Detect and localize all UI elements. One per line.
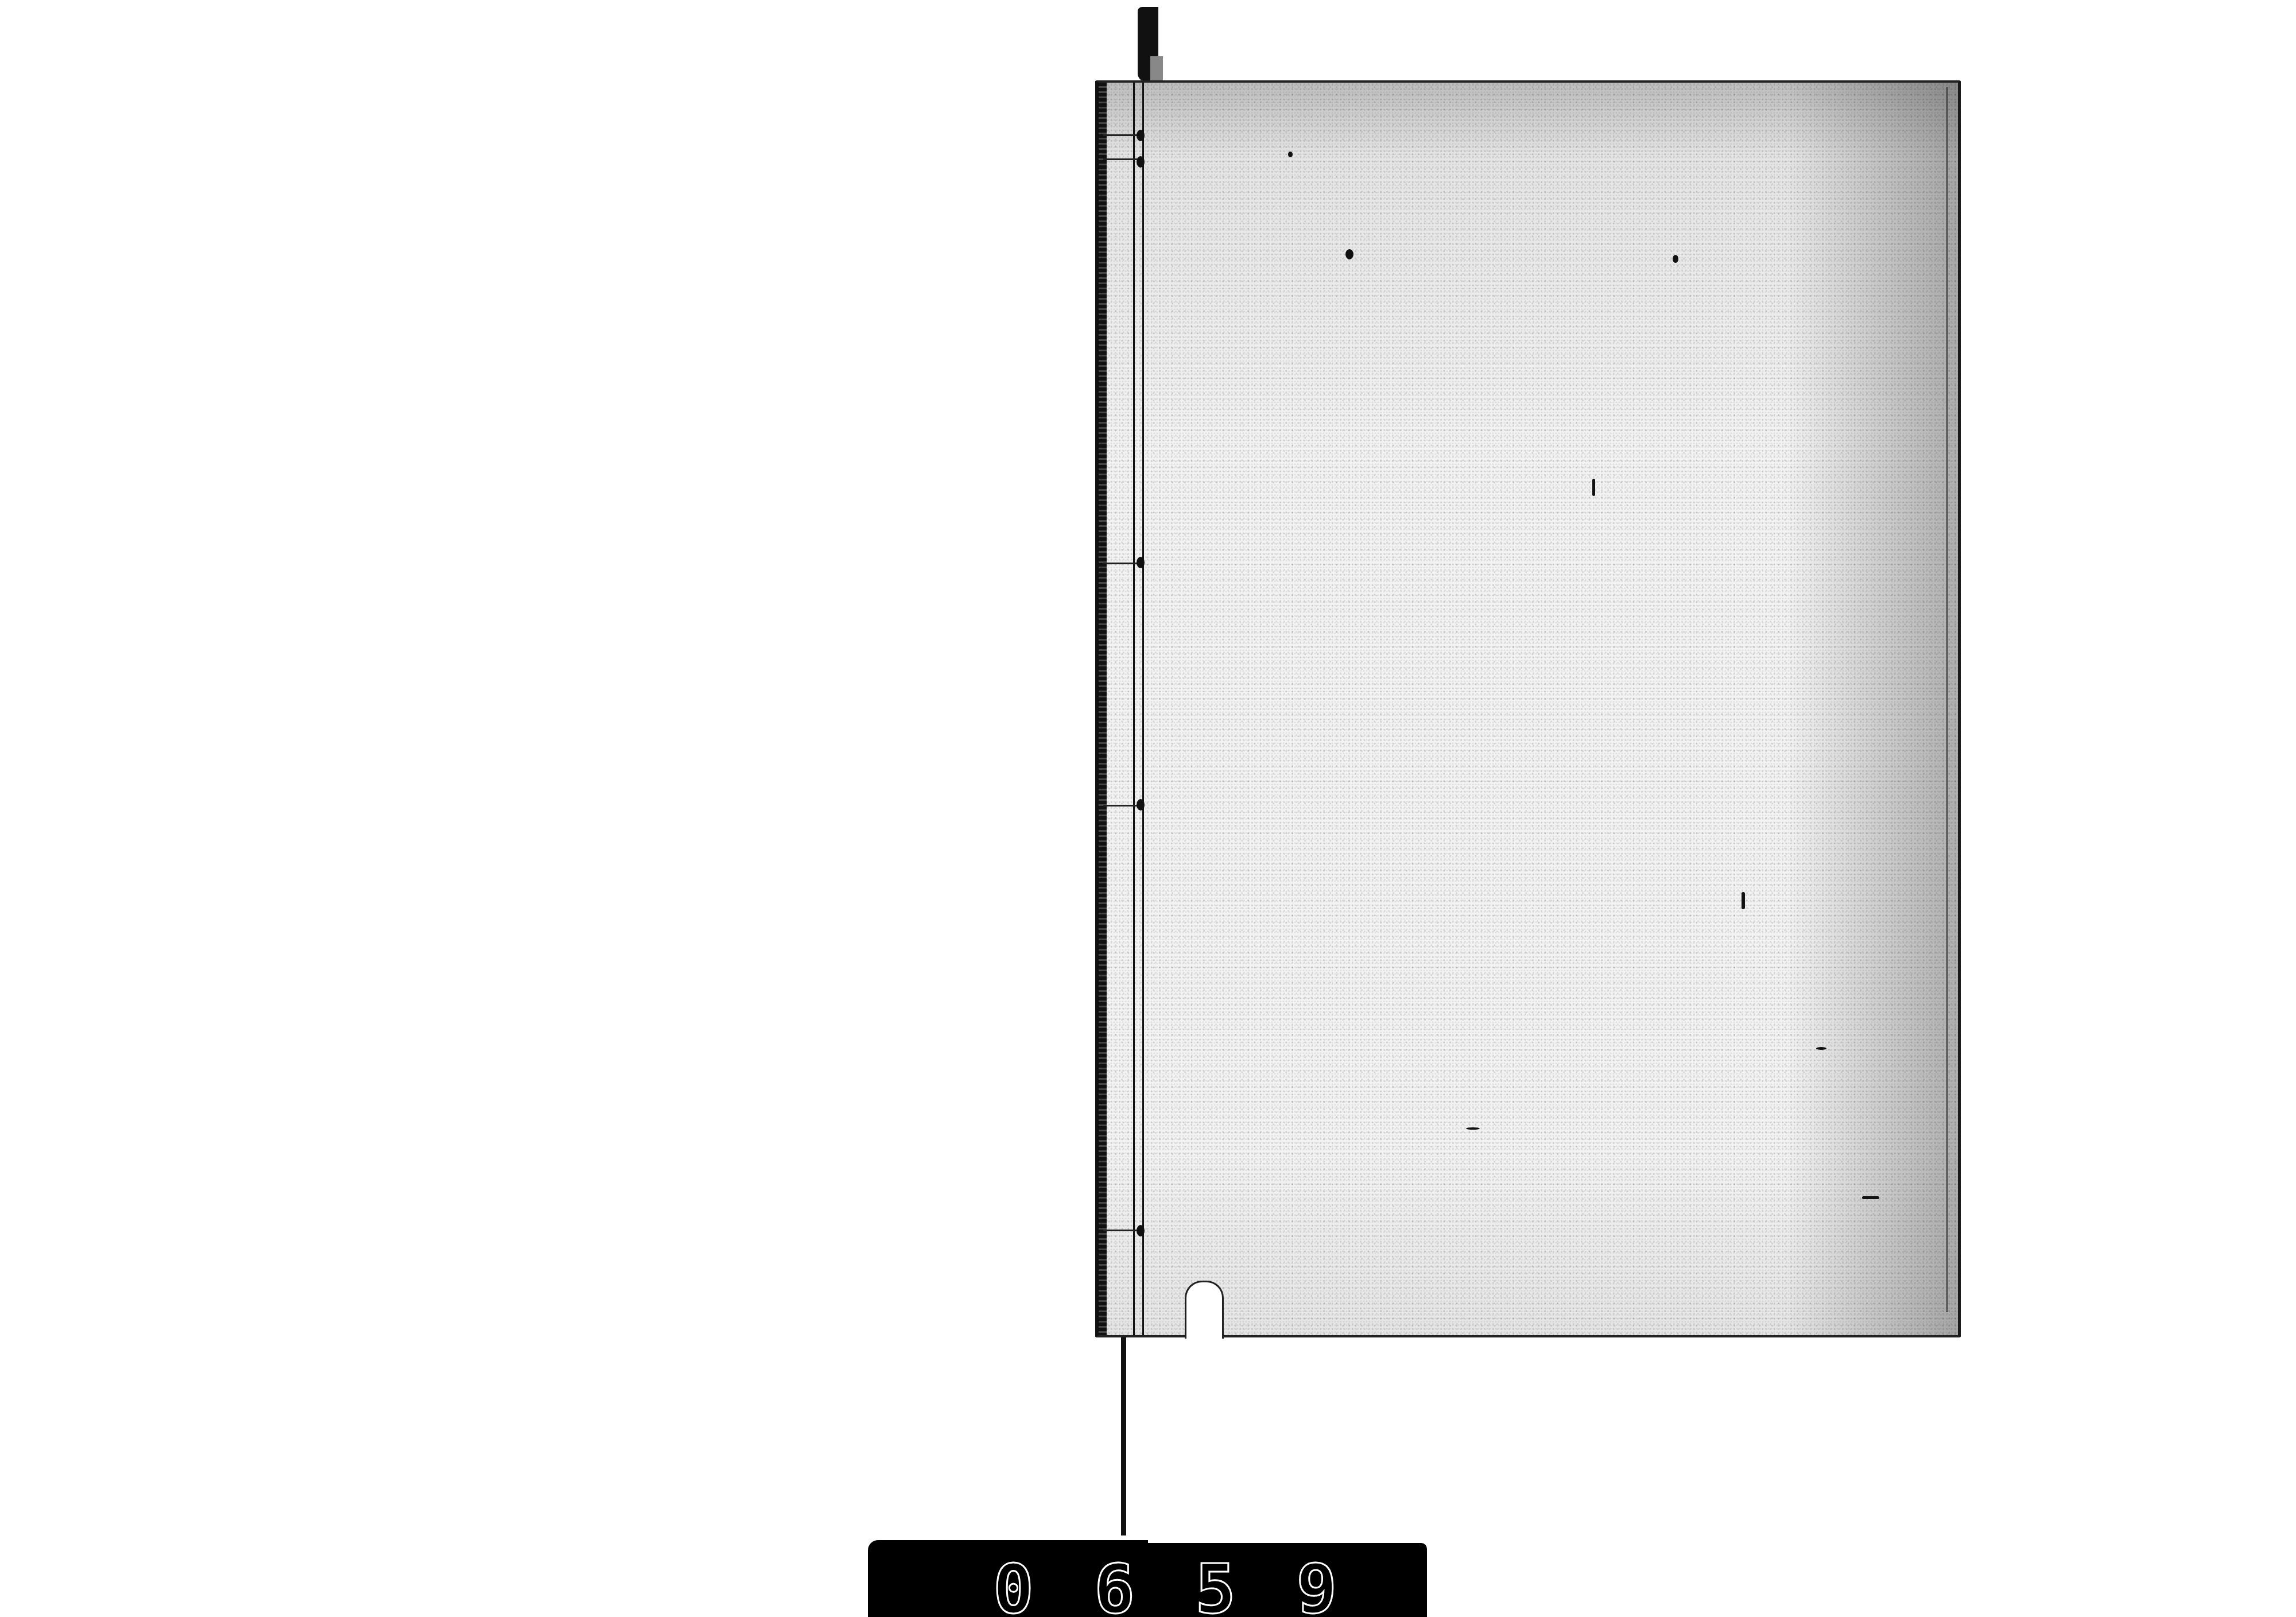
cover-edge-line [1946,87,1948,1312]
binding-thread-line [1142,83,1144,1335]
torn-corner [1185,1281,1224,1339]
catalog-number-text: 0659 [993,1560,1397,1617]
stitch-knot [1137,130,1145,141]
stitch-knot [1137,799,1145,811]
book-cover [1095,80,1961,1337]
catalog-number: 0659 [993,1560,1360,1617]
stitch-knot [1137,156,1145,168]
spine-edge [1099,83,1107,1335]
scanned-page: 0659 [0,0,2296,1617]
stitch-knot [1137,557,1145,568]
stitch-knot [1137,1225,1145,1236]
scanner-rod-bottom [1121,1337,1126,1535]
binding-thread-line [1133,83,1135,1335]
clamp-shadow [1150,56,1163,82]
